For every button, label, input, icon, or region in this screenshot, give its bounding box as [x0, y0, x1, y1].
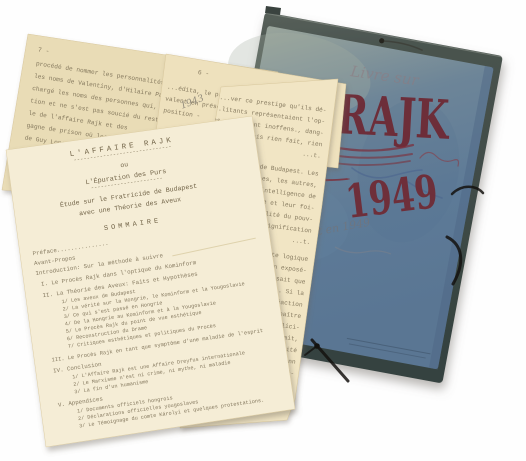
folder-title-handwriting: RAJK: [335, 82, 452, 152]
archival-documents-photo: Livre sur RAJK 1949 et en 1949 7: [0, 0, 526, 461]
summary-title-page: L'AFFAIRE RAJK -------------------------…: [6, 116, 295, 447]
title-ou: ou: [120, 161, 129, 169]
photo-scene: Livre sur RAJK 1949 et en 1949 7: [0, 0, 526, 461]
cord-knot: [314, 343, 320, 349]
